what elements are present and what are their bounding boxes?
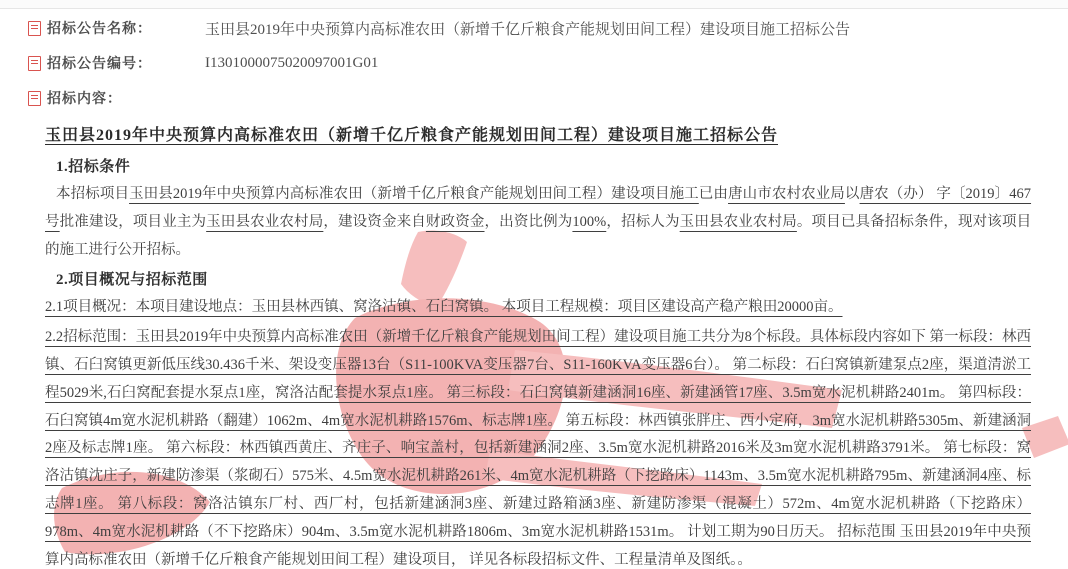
bid-announcement-page: 招标公告名称： 玉田县2019年中央预算内高标准农田（新增千亿斤粮食产能规划田间… [0,0,1068,569]
announcement-content-label: 招标内容： [47,88,205,108]
announcement-number-label: 招标公告编号： [47,53,205,73]
section1-heading: 1.招标条件 [56,155,1031,176]
document-title: 玉田县2019年中央预算内高标准农田（新增千亿斤粮食产能规划田间工程）建设项目施… [45,122,1031,145]
announcement-number-value: I1301000075020097001G01 [205,55,378,72]
meta-row-content: 招标内容： [28,87,850,109]
announcement-icon [28,56,41,71]
meta-row-name: 招标公告名称： 玉田县2019年中央预算内高标准农田（新增千亿斤粮食产能规划田间… [28,17,850,39]
announcement-name-value: 玉田县2019年中央预算内高标准农田（新增千亿斤粮食产能规划田间工程）建设项目施… [205,18,850,39]
section2-overview-paragraph: 2.1项目概况：本项目建设地点：玉田县林西镇、窝洛沽镇、石臼窝镇。 本项目工程规… [45,294,1031,322]
meta-row-number: 招标公告编号： I1301000075020097001G01 [28,52,850,74]
announcement-body: 玉田县2019年中央预算内高标准农田（新增千亿斤粮食产能规划田间工程）建设项目施… [45,122,1031,569]
section2-heading: 2.项目概况与招标范围 [56,268,1031,289]
top-divider [0,8,1068,9]
announcement-icon [28,21,41,36]
announcement-name-label: 招标公告名称： [47,18,205,38]
section1-paragraph: 本招标项目玉田县2019年中央预算内高标准农田（新增千亿斤粮食产能规划田间工程）… [45,181,1031,264]
announcement-icon [28,91,41,106]
meta-block: 招标公告名称： 玉田县2019年中央预算内高标准农田（新增千亿斤粮食产能规划田间… [28,17,850,122]
top-strip [0,0,1068,8]
section2-scope-paragraph: 2.2招标范围：玉田县2019年中央预算内高标准农田（新增千亿斤粮食产能规划田间… [45,324,1031,569]
